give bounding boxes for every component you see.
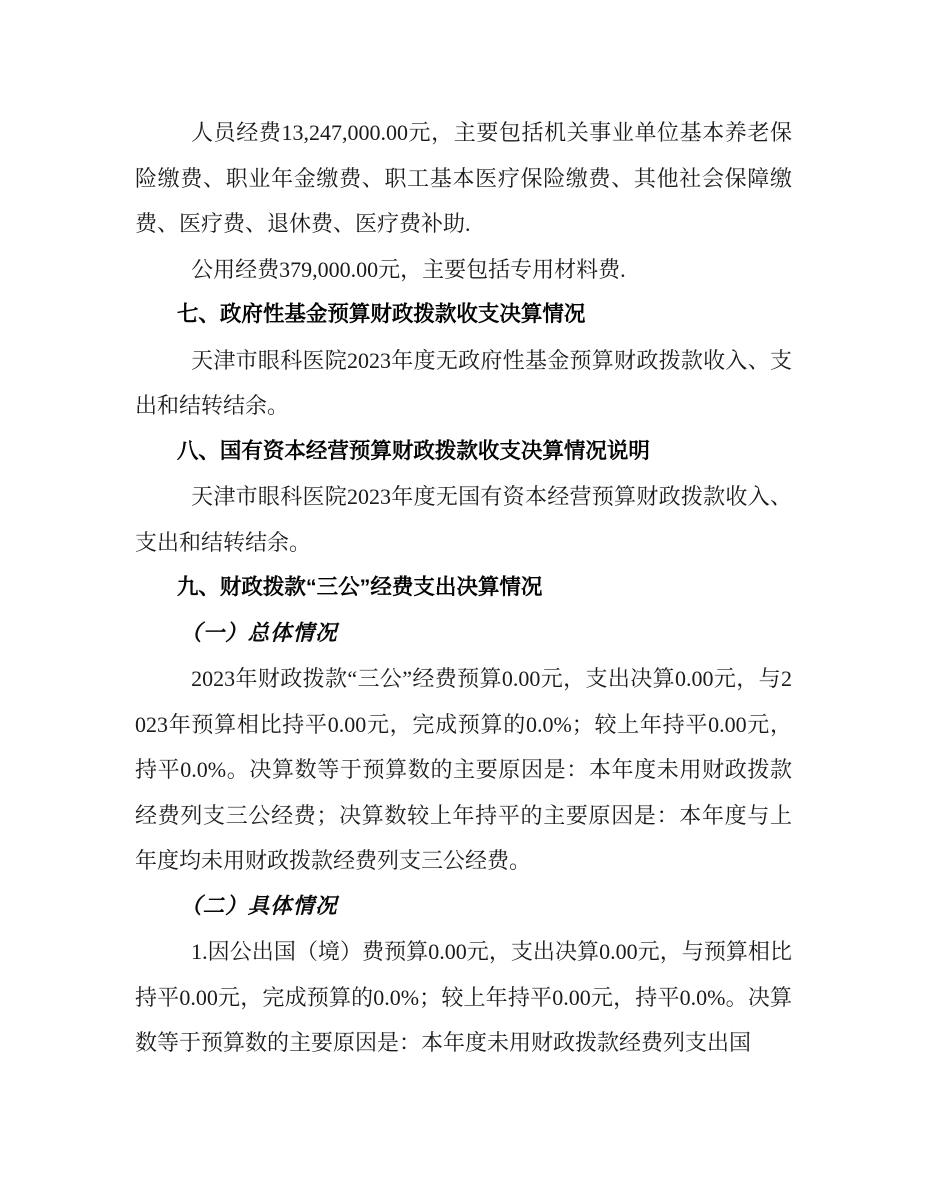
section-heading: 七、政府性基金预算财政拨款收支决算情况 (135, 292, 792, 338)
body-paragraph: 2023年财政拨款“三公”经费预算0.00元，支出决算0.00元，与2023年预… (135, 656, 792, 884)
subsection-heading: （二）具体情况 (135, 884, 792, 930)
body-paragraph: 天津市眼科医院2023年度无国有资本经营预算财政拨款收入、支出和结转结余。 (135, 474, 792, 565)
document-page: 人员经费13,247,000.00元，主要包括机关事业单位基本养老保险缴费、职业… (0, 0, 927, 1200)
body-paragraph: 1.因公出国（境）费预算0.00元，支出决算0.00元，与预算相比持平0.00元… (135, 929, 792, 1066)
body-paragraph: 人员经费13,247,000.00元，主要包括机关事业单位基本养老保险缴费、职业… (135, 110, 792, 247)
section-heading: 八、国有资本经营预算财政拨款收支决算情况说明 (135, 429, 792, 475)
document-body: 人员经费13,247,000.00元，主要包括机关事业单位基本养老保险缴费、职业… (135, 110, 792, 1066)
subsection-heading: （一）总体情况 (135, 611, 792, 657)
section-heading: 九、财政拨款“三公”经费支出决算情况 (135, 565, 792, 611)
body-paragraph: 公用经费379,000.00元，主要包括专用材料费. (135, 247, 792, 293)
body-paragraph: 天津市眼科医院2023年度无政府性基金预算财政拨款收入、支出和结转结余。 (135, 338, 792, 429)
